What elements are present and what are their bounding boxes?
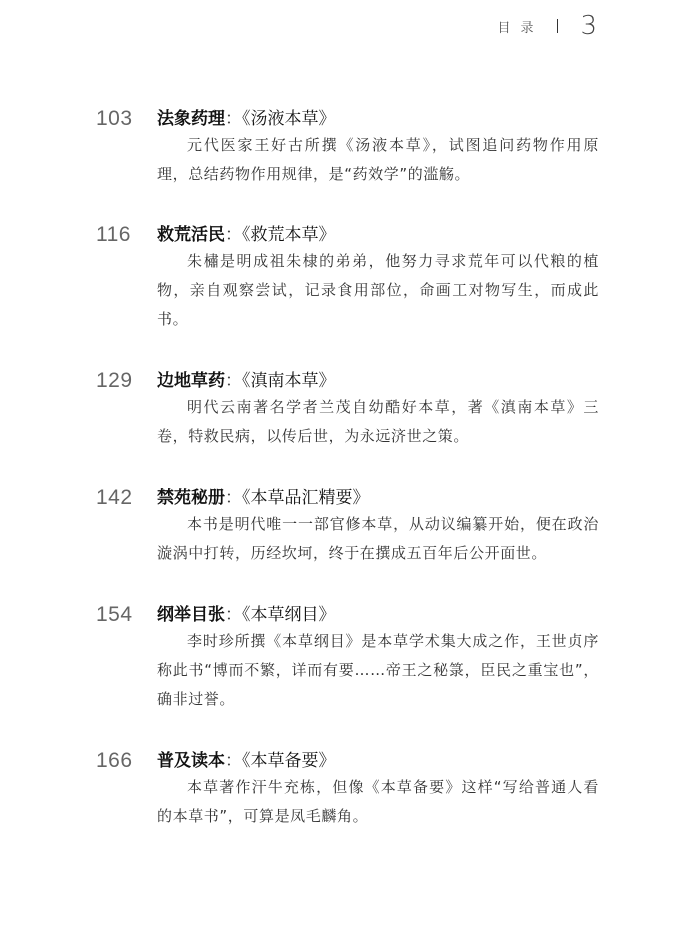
entry-title: 普及读本：《本草备要》	[157, 749, 336, 773]
title-separator: ：	[225, 751, 242, 771]
entry-title: 边地草药：《滇南本草》	[157, 369, 336, 393]
title-separator: ：	[225, 488, 242, 508]
chapter-title: 纲举目张	[157, 605, 225, 625]
entry-description: 李时珍所撰《本草纲目》是本草学术集大成之作，王世贞序称此书“博而不繁，详而有要……	[157, 627, 599, 714]
title-separator: ：	[225, 605, 242, 625]
entry-page-number: 129	[96, 369, 133, 393]
book-title: 《本草品汇精要》	[242, 488, 370, 508]
entry-title: 救荒活民：《救荒本草》	[157, 223, 336, 247]
entry-page-number: 103	[96, 107, 133, 131]
entry-page-number: 166	[96, 749, 133, 773]
entry-description: 明代云南著名学者兰茂自幼酷好本草，著《滇南本草》三卷，特救民病，以传后世，为永远…	[157, 393, 599, 451]
section-label: 目录	[497, 17, 543, 36]
entry-description: 朱橚是明成祖朱棣的弟弟，他努力寻求荒年可以代粮的植物，亲自观察尝试，记录食用部位…	[157, 247, 599, 334]
title-separator: ：	[225, 371, 242, 391]
chapter-title: 边地草药	[157, 371, 225, 391]
entry-title: 禁苑秘册：《本草品汇精要》	[157, 486, 370, 510]
running-header: 目录 3	[497, 10, 597, 42]
book-title: 《本草备要》	[242, 751, 336, 771]
title-separator: ：	[225, 109, 242, 129]
book-title: 《救荒本草》	[242, 225, 336, 245]
chapter-title: 禁苑秘册	[157, 488, 225, 508]
page-number: 3	[580, 13, 597, 39]
entry-page-number: 116	[96, 223, 131, 247]
entry-page-number: 142	[96, 486, 133, 510]
book-title: 《汤液本草》	[242, 109, 336, 129]
book-title: 《本草纲目》	[242, 605, 336, 625]
entry-page-number: 154	[96, 603, 133, 627]
entry-title: 纲举目张：《本草纲目》	[157, 603, 336, 627]
entry-description: 本草著作汗牛充栋，但像《本草备要》这样“写给普通人看的本草书”，可算是凤毛麟角。	[157, 773, 599, 831]
entry-title: 法象药理：《汤液本草》	[157, 107, 336, 131]
header-divider	[557, 19, 558, 33]
chapter-title: 普及读本	[157, 751, 225, 771]
chapter-title: 救荒活民	[157, 225, 225, 245]
entry-description: 元代医家王好古所撰《汤液本草》，试图追问药物作用原理，总结药物作用规律，是“药效…	[157, 131, 599, 189]
chapter-title: 法象药理	[157, 109, 225, 129]
title-separator: ：	[225, 225, 242, 245]
book-title: 《滇南本草》	[242, 371, 336, 391]
entry-description: 本书是明代唯一一部官修本草，从动议编纂开始，便在政治漩涡中打转，历经坎坷，终于在…	[157, 510, 599, 568]
